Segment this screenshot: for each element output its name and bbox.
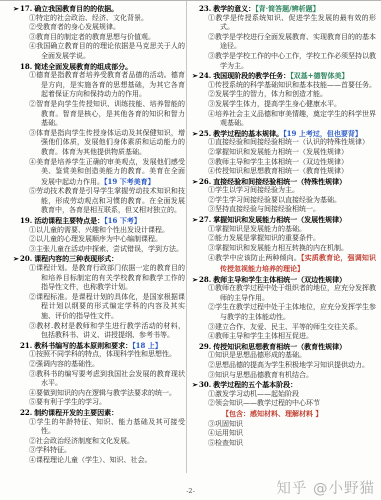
item-number: 26. bbox=[199, 177, 211, 186]
item-point: ③学科特征。 bbox=[13, 446, 185, 456]
item-title: 教师主导和学生主体相统一（双边性规律） bbox=[213, 275, 346, 284]
item-title: 教学过程的五个基本阶段： bbox=[213, 380, 297, 389]
item-title: 教学过程的基本规律。 bbox=[213, 129, 283, 138]
item-number: 20. bbox=[20, 254, 32, 263]
item-point: ②能力发展是掌握知识的重要条件。 bbox=[192, 234, 376, 244]
item-title: 制约课程开发的主要因素： bbox=[34, 408, 118, 417]
item-title: 传授知识和思想教育相统一（教育性规律） bbox=[213, 342, 346, 351]
item-point: ③教育目的制定者的教育思想与价值观。 bbox=[13, 33, 185, 43]
item-point: ③建立合作、友爱、民主、平等的师生交往关系。 bbox=[192, 323, 376, 333]
item-point: ①知识是思想品德形成的基础。 bbox=[192, 351, 376, 361]
item-point: ②以儿童的心理发展顺序为中心编制课程。 bbox=[13, 235, 185, 245]
item-point: ①教师在教学过程中处于组织者的地位，应充分发挥教师的主导作用。 bbox=[192, 284, 376, 303]
item-point: ②发展学生的智力，体力和创造才能。 bbox=[192, 90, 376, 100]
item-point: ④教学中应该防止两种倾向。【实质教育论，强调知识传授忽视能力培养的理论】 bbox=[192, 253, 376, 274]
item-number: 30. bbox=[199, 380, 211, 389]
exam-annotation: 【19 下考美育】 bbox=[104, 177, 155, 186]
item-point: ①激发学习动机——起始阶段 bbox=[192, 390, 376, 400]
item-point: ①特定的社会政治、经济、文化背景。 bbox=[13, 14, 185, 24]
item-point: ②课程标准。是课程计划的具体化，是国家根据课程计划以纲要的形式编定学科的内容及其… bbox=[13, 293, 185, 322]
item-point: ②掌握知识和发展能力相统一（发展性规律） bbox=[192, 148, 376, 158]
item-point: ①按照不同学科的特点，体现科学性和思想性。 bbox=[13, 350, 185, 360]
item-point: ③教学是学校工作的中心工作，学校工作必须坚持以教学为主。 bbox=[192, 52, 376, 71]
item-point: ②智育是向学生传授知识、训练技能、培养智能的教育。智育是核心，是其他各育的知识和… bbox=[13, 100, 185, 129]
exam-annotation: 【包含：感知材料、理解材料 】 bbox=[222, 409, 322, 418]
document-page: ➢17.确立我国教育目的的依据。①特定的社会政治、经济、文化背景。②受教育者的身… bbox=[0, 0, 381, 500]
item-number: 22. bbox=[20, 408, 32, 417]
exam-annotation: 【16 下考】 bbox=[104, 216, 141, 225]
item-point: ④美育是培养学生正确的审美观点，发展他们感受美、鉴赏美和创造美能力的教育。美育在… bbox=[13, 158, 185, 188]
item-header: 19.活动课程主要特点是：【16 下考】 bbox=[13, 216, 185, 226]
arrow-bullet-icon: ➢ bbox=[192, 215, 199, 225]
item-number: 18. bbox=[20, 62, 32, 71]
exam-annotation: 【背·简答题/辨析题】 bbox=[255, 4, 320, 13]
item-point: ④传授知识和思想教育相统一（教育性规律） bbox=[192, 167, 376, 177]
item-point: ⑤检查知识 bbox=[192, 439, 376, 449]
item-point: ④培养社会主义品德和审美情趣，奠定学生的科学世界观基础。 bbox=[192, 110, 376, 129]
item-header: 29.传授知识和思想教育相统一（教育性规律） bbox=[192, 342, 376, 352]
item-point: ①课程计划。是教育行政部门依据一定的教育目的和培养目标制定的有关学校教育和教学工… bbox=[13, 264, 185, 293]
item-title: 简述全面发展教育的组成部分。 bbox=[34, 62, 132, 71]
item-point: ①传授系统的科学基础知识和基本技能——首要任务。 bbox=[192, 81, 376, 91]
exam-annotation: 【18 上】 bbox=[132, 341, 162, 350]
item-point: ①德育是指教育者培养受教育者品德的活动。德育是方向，是实施各育的思想基础，为其它… bbox=[13, 71, 185, 100]
item-title: 教科书编写的基本原则和要求： bbox=[34, 341, 132, 350]
item-header: 21.教科书编写的基本原则和要求：【18 上】 bbox=[13, 341, 185, 351]
item-point: ⑤要有利于学生的学习。 bbox=[13, 398, 185, 408]
column: ➢17.确立我国教育目的的依据。①特定的社会政治、经济、文化背景。②受教育者的身… bbox=[13, 4, 185, 466]
item-header: ➢24.我国现阶段的教学任务：【双基+德智体美】 bbox=[192, 71, 376, 81]
item-point: ③掌握知识和发展能力相互转换的内在机制。 bbox=[192, 244, 376, 254]
item-number: 24. bbox=[199, 71, 211, 80]
item-number: 25. bbox=[199, 129, 211, 138]
item-number: 17. bbox=[20, 4, 32, 13]
arrow-bullet-icon: ➢ bbox=[192, 129, 199, 139]
item-number: 29. bbox=[199, 342, 211, 351]
item-title: 我国现阶段的教学任务： bbox=[213, 71, 290, 80]
item-point: ③巩固知识 bbox=[192, 420, 376, 430]
item-number: 23. bbox=[199, 4, 211, 13]
column: 23.教学的意义：【背·简答题/辨析题】①教学是传授系统知识、促进学生发展的最有… bbox=[192, 4, 376, 448]
item-point: ②学生在教学过程中处于主体地位，应充分发挥学生参与教学的主体能动性。 bbox=[192, 303, 376, 322]
item-point: ①学生以学习间接经验为主。 bbox=[192, 186, 376, 196]
item-header: ➢25.教学过程的基本规律。【19 上考过，但也要背】 bbox=[192, 129, 376, 139]
item-point: ①学生的年龄特征、知识、能力基础及其可接受性。 bbox=[13, 418, 185, 437]
item-point: 【包含：感知材料、理解材料 】 bbox=[192, 409, 376, 420]
item-point: ④教师主导和学生主体相互促进。 bbox=[192, 332, 376, 342]
arrow-bullet-icon: ➢ bbox=[192, 380, 199, 390]
item-header: ➢28.教师主导和学生主体相统一（双边性规律） bbox=[192, 275, 376, 285]
item-title: 直接经验和间接经验相统一（特殊性规律） bbox=[213, 177, 346, 186]
item-title: 教学的意义： bbox=[213, 4, 255, 13]
item-title: 课程内容的三种表现形式： bbox=[34, 254, 118, 263]
item-point: ①直接经验和间接经验相统一（认识的特殊性规律） bbox=[192, 138, 376, 148]
item-header: ➢30.教学过程的五个基本阶段： bbox=[192, 380, 376, 390]
item-point: ④课程理论儿童（学生）、知识、社会。 bbox=[13, 456, 185, 466]
item-point: ①掌握知识是发展能力的基础。 bbox=[192, 225, 376, 235]
item-point: ③教材.教材是教师和学生进行教学活动的材料，包括教科书、讲义、讲授提纲、参考书等… bbox=[13, 322, 185, 341]
arrow-bullet-icon: ➢ bbox=[192, 177, 199, 187]
item-header: 18.简述全面发展教育的组成部分。 bbox=[13, 62, 185, 72]
item-point: ②领会知识——教学过程的中心环节 bbox=[192, 399, 376, 409]
arrow-bullet-icon: ➢ bbox=[192, 71, 199, 81]
item-header: 23.教学的意义：【背·简答题/辨析题】 bbox=[192, 4, 376, 14]
item-point: ⑤劳动技术教育是引导学生掌握劳动技术知识和技能，形成劳动观点和习惯的教育。在全面… bbox=[13, 187, 185, 216]
item-number: 28. bbox=[199, 275, 211, 284]
arrow-bullet-icon: ➢ bbox=[13, 4, 20, 14]
item-number: 21. bbox=[20, 341, 32, 350]
item-title: 掌握知识和发展能力相统一（发展性规律） bbox=[213, 215, 346, 224]
item-point: ②受教育者的身心发展规律。 bbox=[13, 23, 185, 33]
item-point: ②思想品德的提高为学生积极地学习知识提供动力。 bbox=[192, 361, 376, 371]
item-point: ③体育是指向学生传授身体运动及其保健知识，增强他们体质，发展他们身体素质和运动能… bbox=[13, 129, 185, 158]
item-point: ④要做到知识的内在逻辑与教学法要求的统一。 bbox=[13, 389, 185, 399]
item-point: ④我国确立教育目的的理论依据是马克思关于人的全面发展学说。 bbox=[13, 42, 185, 61]
item-point: ③知识与思想品德教育有机结合。 bbox=[192, 371, 376, 381]
watermark: 知乎 @小野猫 bbox=[276, 477, 375, 498]
arrow-bullet-icon: ➢ bbox=[192, 275, 199, 285]
item-point: ③坚持直接经验与间接经验相统一。 bbox=[192, 205, 376, 215]
item-number: 19. bbox=[20, 216, 32, 225]
item-number: 27. bbox=[199, 215, 211, 224]
exam-annotation: 【19 上考过，但也要背】 bbox=[283, 129, 362, 138]
item-point: ②教学是学校进行全面发展教育、实现教育目的的基本途径。 bbox=[192, 33, 376, 52]
item-point: ④运用知识 bbox=[192, 429, 376, 439]
item-header: ➢27.掌握知识和发展能力相统一（发展性规律） bbox=[192, 215, 376, 225]
column-divider bbox=[186, 1, 187, 473]
item-point: ①教学是传授系统知识、促进学生发展的最有效的形式。 bbox=[192, 14, 376, 33]
item-header: ➢20.课程内容的三种表现形式： bbox=[13, 254, 185, 264]
item-header: ➢26.直接经验和间接经验相统一（特殊性规律） bbox=[192, 177, 376, 187]
item-header: ➢17.确立我国教育目的的依据。 bbox=[13, 4, 185, 14]
item-point: ③发展学生体力，提高学生身心健康水平。 bbox=[192, 100, 376, 110]
item-point: ①以儿童的需要、兴趣和个性出发设计课程。 bbox=[13, 226, 185, 236]
item-header: 22.制约课程开发的主要因素： bbox=[13, 408, 185, 418]
arrow-bullet-icon: ➢ bbox=[13, 254, 20, 264]
exam-annotation: 【双基+德智体美】 bbox=[290, 71, 348, 80]
item-point: ③教师主导和学生主体相统一（双边性规律） bbox=[192, 158, 376, 168]
item-title: 活动课程主要特点是： bbox=[34, 216, 104, 225]
item-point: ②强调内容的基础性。 bbox=[13, 360, 185, 370]
item-title: 确立我国教育目的的依据。 bbox=[34, 4, 118, 13]
item-point: ③教科书的编写要考虑到我国社会发展的教育现状水平。 bbox=[13, 370, 185, 389]
item-point: ③主张儿童在活动中探索、尝试错误，学到方法。 bbox=[13, 245, 185, 255]
item-point: ②社会政治经济制度和文化发展。 bbox=[13, 437, 185, 447]
